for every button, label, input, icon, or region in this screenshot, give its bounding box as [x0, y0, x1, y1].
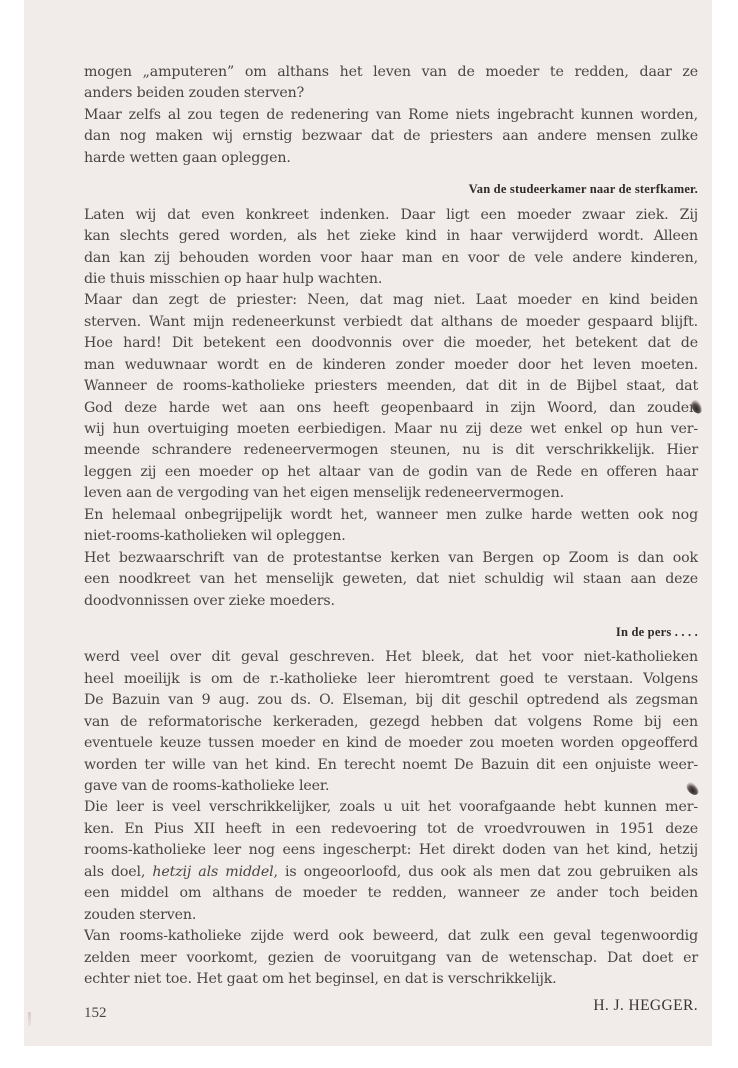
text-line: Laten wij dat even konkreet indenken. Da…	[84, 205, 698, 226]
text-line: echter niet toe. Het gaat om het beginse…	[84, 969, 698, 990]
text-line: Wanneer de rooms-katholieke priesters me…	[84, 376, 698, 397]
text-line: werd veel over dit geval geschreven. Het…	[84, 647, 698, 668]
text-line: God deze harde wet aan ons heeft geopenb…	[84, 398, 698, 419]
section-heading-in-de-pers: In de pers . . . .	[84, 622, 698, 643]
text-line: leven aan de vergoding van het eigen men…	[84, 483, 698, 504]
text-line: wij hun overtuiging moeten eerbiedigen. …	[84, 419, 698, 440]
text-line: sterven. Want mijn redeneerkunst verbied…	[84, 312, 698, 333]
text-line-with-italic: als doel, hetzij als middel, is ongeoorl…	[84, 862, 698, 883]
text-line: gave van de rooms-katholieke leer.	[84, 776, 698, 797]
text-line: zouden sterven.	[84, 905, 698, 926]
text-line: dan nog maken wij ernstig bezwaar dat de…	[84, 126, 698, 147]
text-line: eventuele keuze tussen moeder en kind de…	[84, 733, 698, 754]
page-number: 152	[84, 1005, 107, 1022]
text-line: anders beiden zouden sterven?	[84, 83, 698, 104]
text-line: worden ter wille van het kind. En terech…	[84, 755, 698, 776]
section-heading-studeerkamer: Van de studeerkamer naar de sterfkamer.	[84, 179, 698, 200]
text-line: van de reformatorische kerkeraden, gezeg…	[84, 712, 698, 733]
author-signature: H. J. HEGGER.	[84, 994, 698, 1018]
text-line: een noodkreet van het menselijk geweten,…	[84, 569, 698, 590]
text-line: mogen „amputeren” om althans het leven v…	[84, 62, 698, 83]
text-line: Het bezwaarschrift van de protestantse k…	[84, 548, 698, 569]
text-line: man weduwnaar wordt en de kinderen zonde…	[84, 355, 698, 376]
text-line: meende schrandere redeneervermogen steun…	[84, 440, 698, 461]
text-line: kan slechts gered worden, als het zieke …	[84, 226, 698, 247]
margin-scribble	[28, 1012, 31, 1026]
article-body: mogen „amputeren” om althans het leven v…	[84, 62, 698, 1018]
text-line: De Bazuin van 9 aug. zou ds. O. Elseman,…	[84, 690, 698, 711]
text-fragment: als doel,	[84, 864, 152, 880]
text-line: zelden meer voorkomt, gezien de vooruitg…	[84, 948, 698, 969]
text-line: Maar dan zegt de priester: Neen, dat mag…	[84, 290, 698, 311]
text-line: Maar zelfs al zou tegen de redenering va…	[84, 105, 698, 126]
text-line: niet-rooms-katholieken wil opleggen.	[84, 526, 698, 547]
text-line: doodvonnissen over zieke moeders.	[84, 591, 698, 612]
text-line: ken. En Pius XII heeft in een redevoerin…	[84, 819, 698, 840]
text-line: die thuis misschien op haar hulp wachten…	[84, 269, 698, 290]
text-line: harde wetten gaan opleggen.	[84, 148, 698, 169]
text-fragment: , is ongeoorloofd, dus ook als men dat z…	[273, 864, 698, 880]
text-line: Die leer is veel verschrikkelijker, zoal…	[84, 797, 698, 818]
text-line: een middel om althans de moeder te redde…	[84, 883, 698, 904]
text-line: leggen zij een moeder op het altaar van …	[84, 462, 698, 483]
text-line: Hoe hard! Dit betekent een doodvonnis ov…	[84, 333, 698, 354]
text-line: rooms-katholieke leer nog eens ingescher…	[84, 840, 698, 861]
italic-phrase: hetzij als middel	[152, 864, 273, 880]
text-line: dan kan zij behouden worden voor haar ma…	[84, 248, 698, 269]
scanned-page: mogen „amputeren” om althans het leven v…	[24, 0, 712, 1046]
text-line: En helemaal onbegrijpelijk wordt het, wa…	[84, 505, 698, 526]
text-line: Van rooms-katholieke zijde werd ook bewe…	[84, 926, 698, 947]
text-line: heel moeilijk is om de r.-katholieke lee…	[84, 669, 698, 690]
